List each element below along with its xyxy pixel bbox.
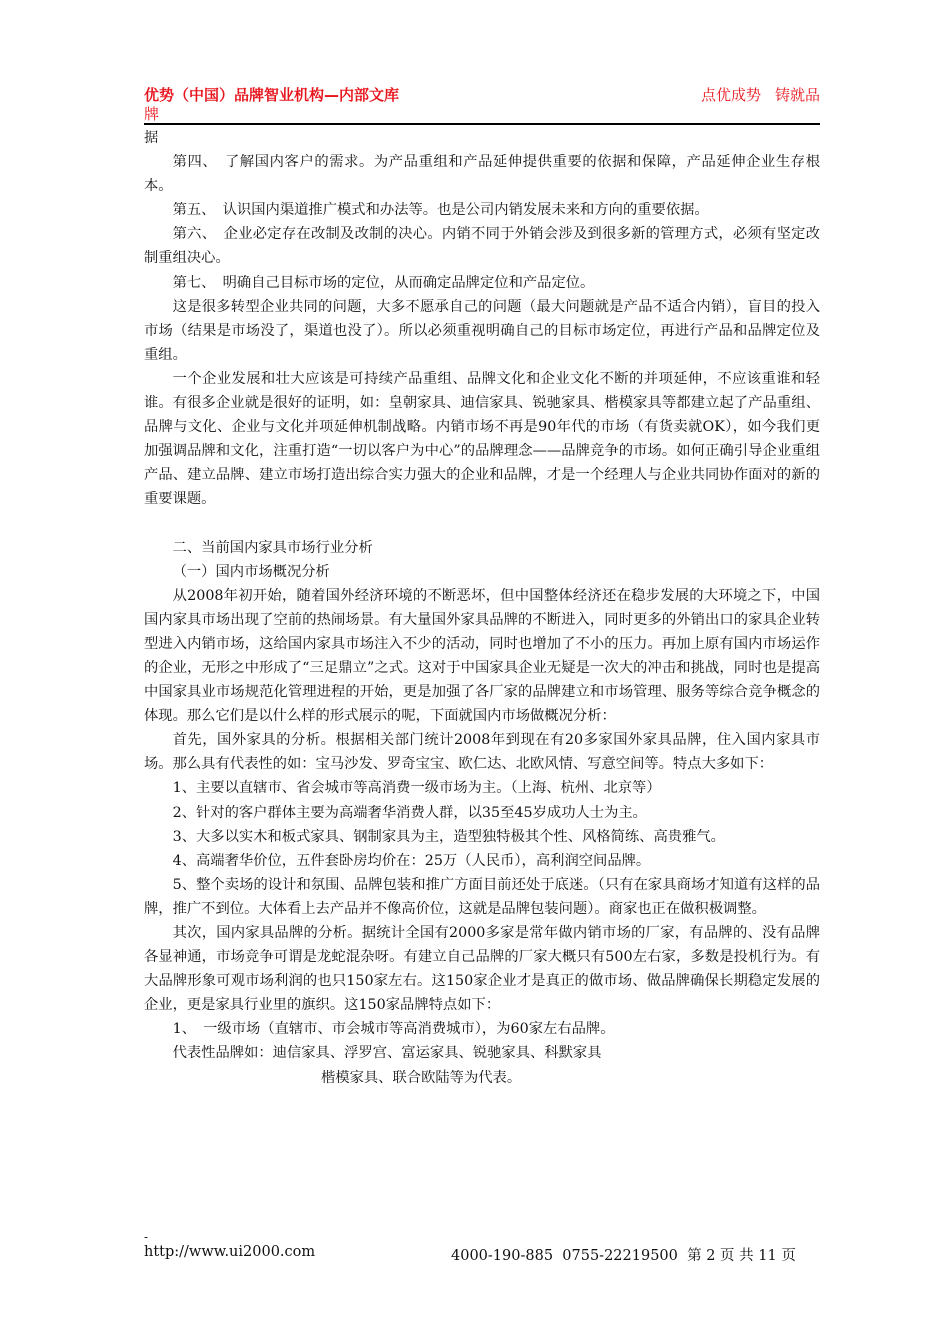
paragraph: 首先，国外家具的分析。根据相关部门统计2008年到现在有20多家国外家具品牌，住…: [144, 728, 820, 776]
header-title-text: 优势（中国）品牌智业机构—内部文库: [144, 86, 399, 104]
list-item: 1、主要以直辖市、省会城市等高消费一级市场为主。（上海、杭州、北京等）: [144, 776, 820, 800]
subsection-heading: （一）国内市场概况分析: [144, 560, 820, 584]
footer-contact-pagination: 4000-190-885 0755-22219500 第 2 页 共 11 页: [451, 1244, 796, 1265]
paragraph: 这是很多转型企业共同的问题，大多不愿承自己的问题（最大问题就是产品不适合内销），…: [144, 295, 820, 367]
list-item: 1、 一级市场（直辖市、市会城市等高消费城市），为60家左右品牌。: [144, 1017, 820, 1041]
section-heading: 二、当前国内家具市场行业分析: [144, 536, 820, 560]
paragraph: 第六、 企业必定存在改制及改制的决心。内销不同于外销会涉及到很多新的管理方式，必…: [144, 222, 820, 270]
paragraph: 第七、 明确自己目标市场的定位，从而确定品牌定位和产品定位。: [144, 271, 820, 295]
paragraph: 一个企业发展和壮大应该是可持续产品重组、品牌文化和企业文化不断的并项延伸，不应该…: [144, 367, 820, 512]
list-item: 2、针对的客户群体主要为高端奢华消费人群，以35至45岁成功人士为主。: [144, 801, 820, 825]
brands-line: 代表性品牌如：迪信家具、浮罗宫、富运家具、锐驰家具、科默家具: [144, 1041, 820, 1065]
slogan-part-1: 点优成势: [701, 86, 761, 104]
header-slogan: 点优成势铸就品: [701, 86, 820, 105]
paragraph: 第五、 认识国内渠道推广模式和办法等。也是公司内销发展未来和方向的重要依据。: [144, 198, 820, 222]
page-header: 优势（中国）品牌智业机构—内部文库 牌 点优成势铸就品: [144, 86, 820, 125]
paragraph: 据: [144, 126, 820, 150]
paragraph: 其次，国内家具品牌的分析。据统计全国有2000多家是常年做内销市场的厂家，有品牌…: [144, 921, 820, 1017]
slogan-part-2: 铸就品: [775, 86, 820, 104]
list-item: 4、高端奢华价位，五件套卧房均价在：25万（人民币），高利润空间品牌。: [144, 849, 820, 873]
header-title-wrap: 牌: [144, 105, 399, 124]
brands-line-continued: 楷模家具、联合欧陆等为代表。: [144, 1066, 820, 1090]
blank-line: [144, 512, 820, 536]
footer-dash: -: [144, 1232, 820, 1242]
header-org-title: 优势（中国）品牌智业机构—内部文库 牌: [144, 86, 399, 124]
footer-url-link[interactable]: http://www.ui2000.com: [144, 1244, 315, 1260]
paragraph: 从2008年初开始，随着国外经济环境的不断恶坏，但中国整体经济还在稳步发展的大环…: [144, 584, 820, 729]
list-item: 5、整个卖场的设计和氛围、品牌包装和推广方面目前还处于底迷。（只有在家具商场才知…: [144, 873, 820, 921]
page-footer: - http://www.ui2000.com 4000-190-885 075…: [144, 1232, 820, 1242]
document-page: 优势（中国）品牌智业机构—内部文库 牌 点优成势铸就品 据 第四、 了解国内客户…: [144, 86, 820, 1090]
paragraph: 第四、 了解国内客户的需求。为产品重组和产品延伸提供重要的依据和保障，产品延伸企…: [144, 150, 820, 198]
list-item: 3、大多以实木和板式家具、钢制家具为主，造型独特极其个性、风格简练、高贵雅气。: [144, 825, 820, 849]
document-body: 据 第四、 了解国内客户的需求。为产品重组和产品延伸提供重要的依据和保障，产品延…: [144, 126, 820, 1090]
